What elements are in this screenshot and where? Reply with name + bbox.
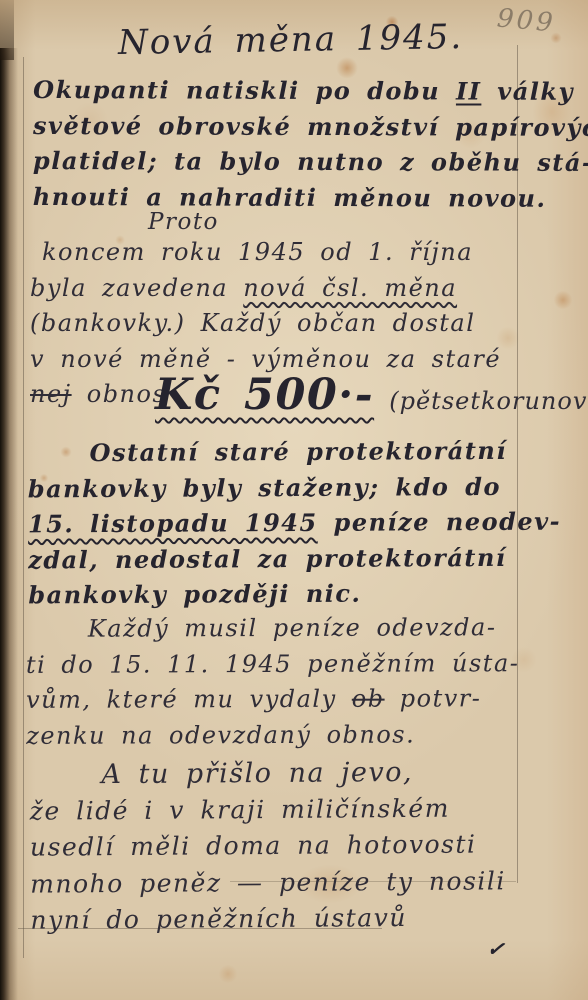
paragraph-occupiers: Okupanti natiskli po dobu II války světo… [33, 75, 588, 219]
wavy-underlined-date: 15. listopadu 1945 [28, 508, 318, 539]
handwritten-line: usedlí měli doma na hotovosti [30, 829, 506, 869]
handwritten-line: světové obrovské množství papírových [33, 110, 588, 148]
handwritten-line: Ostatní staré protektorátní [28, 436, 561, 474]
book-binding-shadow [0, 48, 18, 1000]
amount-line: Kč 500·- (pětsetkorunové) [155, 370, 588, 420]
handwritten-line: nyní do peněžních ústavů [30, 902, 506, 942]
handwritten-line: A tu přišlo na jevo, [29, 756, 505, 796]
underlined-numeral: II [456, 76, 482, 105]
paragraph-deposit-duty: Každý musil peníze odevzda- ti do 15. 11… [26, 613, 520, 757]
handwritten-line: ti do 15. 11. 1945 peněžním ústa- [26, 649, 520, 686]
handwritten-line: mnoho peněz — peníze ty nosili [30, 866, 506, 906]
amount-kc-500: Kč 500·- [155, 370, 374, 420]
checkmark-icon: ✓ [486, 935, 508, 962]
paragraph-old-banknotes: Ostatní staré protektorátní bankovky byl… [28, 436, 562, 616]
handwritten-line: že lidé i v kraji miličínském [30, 793, 506, 833]
struck-word: nej [30, 380, 72, 408]
handwritten-line: Okupanti natiskli po dobu II války [33, 75, 588, 113]
handwritten-line: 15. listopadu 1945 peníze neodev- [28, 507, 561, 545]
handwritten-line: zdal, nedostal za protektorátní [28, 542, 561, 580]
page-number: 909 [496, 4, 557, 39]
book-binding-shadow-top [0, 0, 14, 60]
margin-line-left [23, 57, 24, 958]
handwritten-line: zenku na odevzdaný obnos. [26, 720, 520, 757]
handwritten-line: vům, které mu vydaly ob potvr- [26, 684, 520, 721]
handwritten-line: (bankovky.) Každý občan dostal [30, 309, 501, 345]
amount-note: (pětsetkorunové) [389, 387, 588, 415]
handwritten-line: bankovky později nic. [28, 578, 561, 616]
handwritten-line: bankovky byly staženy; kdo do [28, 471, 561, 509]
wavy-underlined-phrase: nová čsl. měna [243, 274, 457, 302]
handwritten-line: hnouti a nahraditi měnou novou. [33, 181, 588, 219]
chronicle-page: 909 Nová měna 1945. Okupanti natiskli po… [0, 0, 588, 1000]
handwritten-line: koncem roku 1945 od 1. října [30, 238, 501, 274]
paragraph-revelation: A tu přišlo na jevo, že lidé i v kraji m… [29, 756, 506, 942]
struck-word: ob [352, 685, 385, 713]
handwritten-line: byla zavedena nová čsl. měna [30, 274, 501, 310]
handwritten-line: platidel; ta bylo nutno z oběhu stá- [33, 146, 588, 184]
handwritten-line: Každý musil peníze odevzda- [26, 613, 520, 650]
word-proto: Proto [148, 209, 219, 235]
page-title: Nová měna 1945. [118, 17, 464, 63]
